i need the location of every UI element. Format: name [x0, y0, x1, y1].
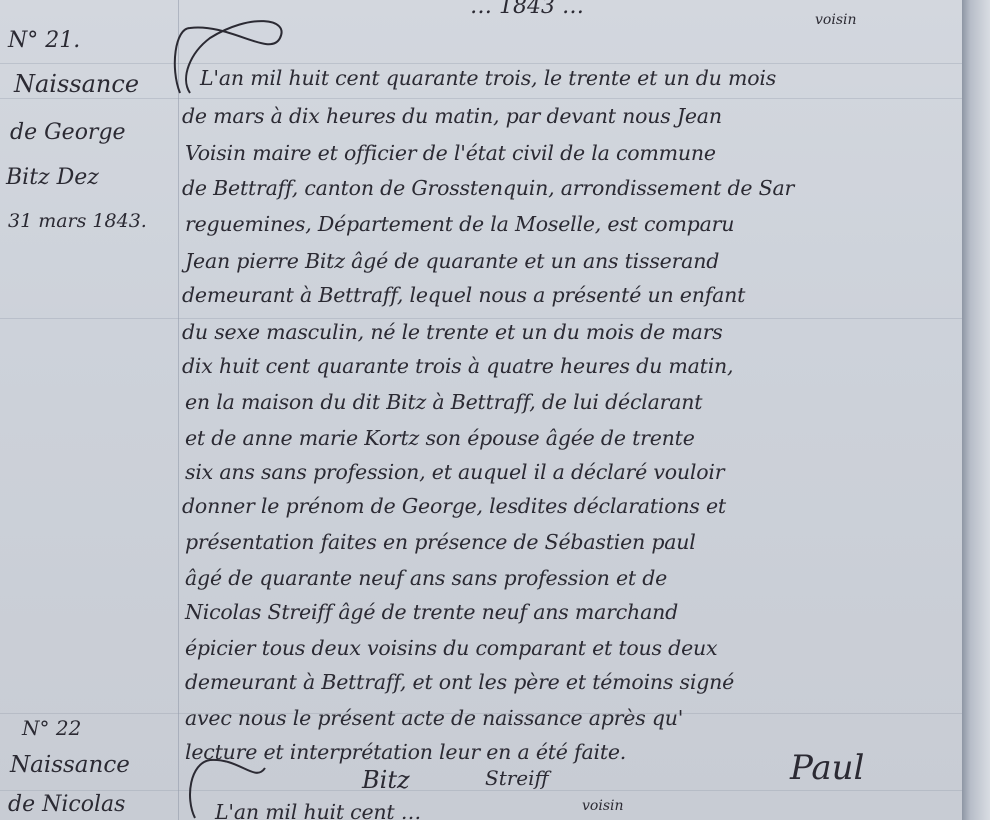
- signature-witness-2: Paul: [790, 748, 864, 788]
- body-line: demeurant à Bettraff, et ont les père et…: [185, 670, 734, 694]
- body-line: de mars à dix heures du matin, par devan…: [182, 104, 722, 128]
- body-line: épicier tous deux voisins du comparant e…: [185, 636, 717, 660]
- body-line: reguemines, Département de la Moselle, e…: [185, 212, 734, 236]
- body-line: L'an mil huit cent …: [215, 800, 421, 820]
- ruled-line: [0, 318, 968, 319]
- body-line: du sexe masculin, né le trente et un du …: [182, 320, 723, 344]
- body-line: âgé de quarante neuf ans sans profession…: [185, 566, 667, 590]
- entry-number: N° 21.: [8, 28, 80, 53]
- margin-name: de Nicolas: [8, 792, 125, 817]
- body-line: Voisin maire et officier de l'état civil…: [185, 141, 716, 165]
- ruled-line: [0, 63, 968, 64]
- margin-rule: [178, 0, 179, 820]
- body-line: donner le prénom de George, lesdites déc…: [182, 494, 726, 518]
- entry-number: N° 22: [22, 716, 81, 740]
- margin-title: Naissance: [14, 70, 139, 98]
- book-spine: [962, 0, 990, 820]
- body-line: en la maison du dit Bitz à Bettraff, de …: [185, 390, 702, 414]
- body-line: demeurant à Bettraff, lequel nous a prés…: [182, 283, 745, 307]
- body-line: Jean pierre Bitz âgé de quarante et un a…: [185, 249, 719, 273]
- body-line: dix huit cent quarante trois à quatre he…: [182, 354, 733, 378]
- header-fragment: … 1843 …: [470, 0, 584, 19]
- body-line: six ans sans profession, et auquel il a …: [185, 460, 724, 484]
- body-line: présentation faites en présence de Sébas…: [185, 530, 696, 554]
- ruled-line: [0, 790, 968, 791]
- body-line: Nicolas Streiff âgé de trente neuf ans m…: [185, 600, 678, 624]
- register-page: … 1843 … voisin N° 21. Naissance de Geor…: [0, 0, 968, 820]
- margin-surname: Bitz Dez: [6, 165, 99, 190]
- margin-date: 31 mars 1843.: [8, 210, 147, 232]
- margin-title: Naissance: [10, 752, 130, 778]
- body-line: avec nous le présent acte de naissance a…: [185, 706, 683, 730]
- body-line: L'an mil huit cent quarante trois, le tr…: [200, 66, 776, 90]
- body-line: de Bettraff, canton de Grosstenquin, arr…: [182, 176, 794, 200]
- signature-witness: Streiff: [485, 766, 549, 790]
- margin-name: de George: [10, 120, 126, 145]
- top-right-note: voisin: [815, 12, 857, 28]
- ruled-line: [0, 98, 968, 99]
- body-line: et de anne marie Kortz son épouse âgée d…: [185, 426, 695, 450]
- signature-note: voisin: [582, 798, 624, 814]
- signature-father: Bitz: [362, 766, 410, 794]
